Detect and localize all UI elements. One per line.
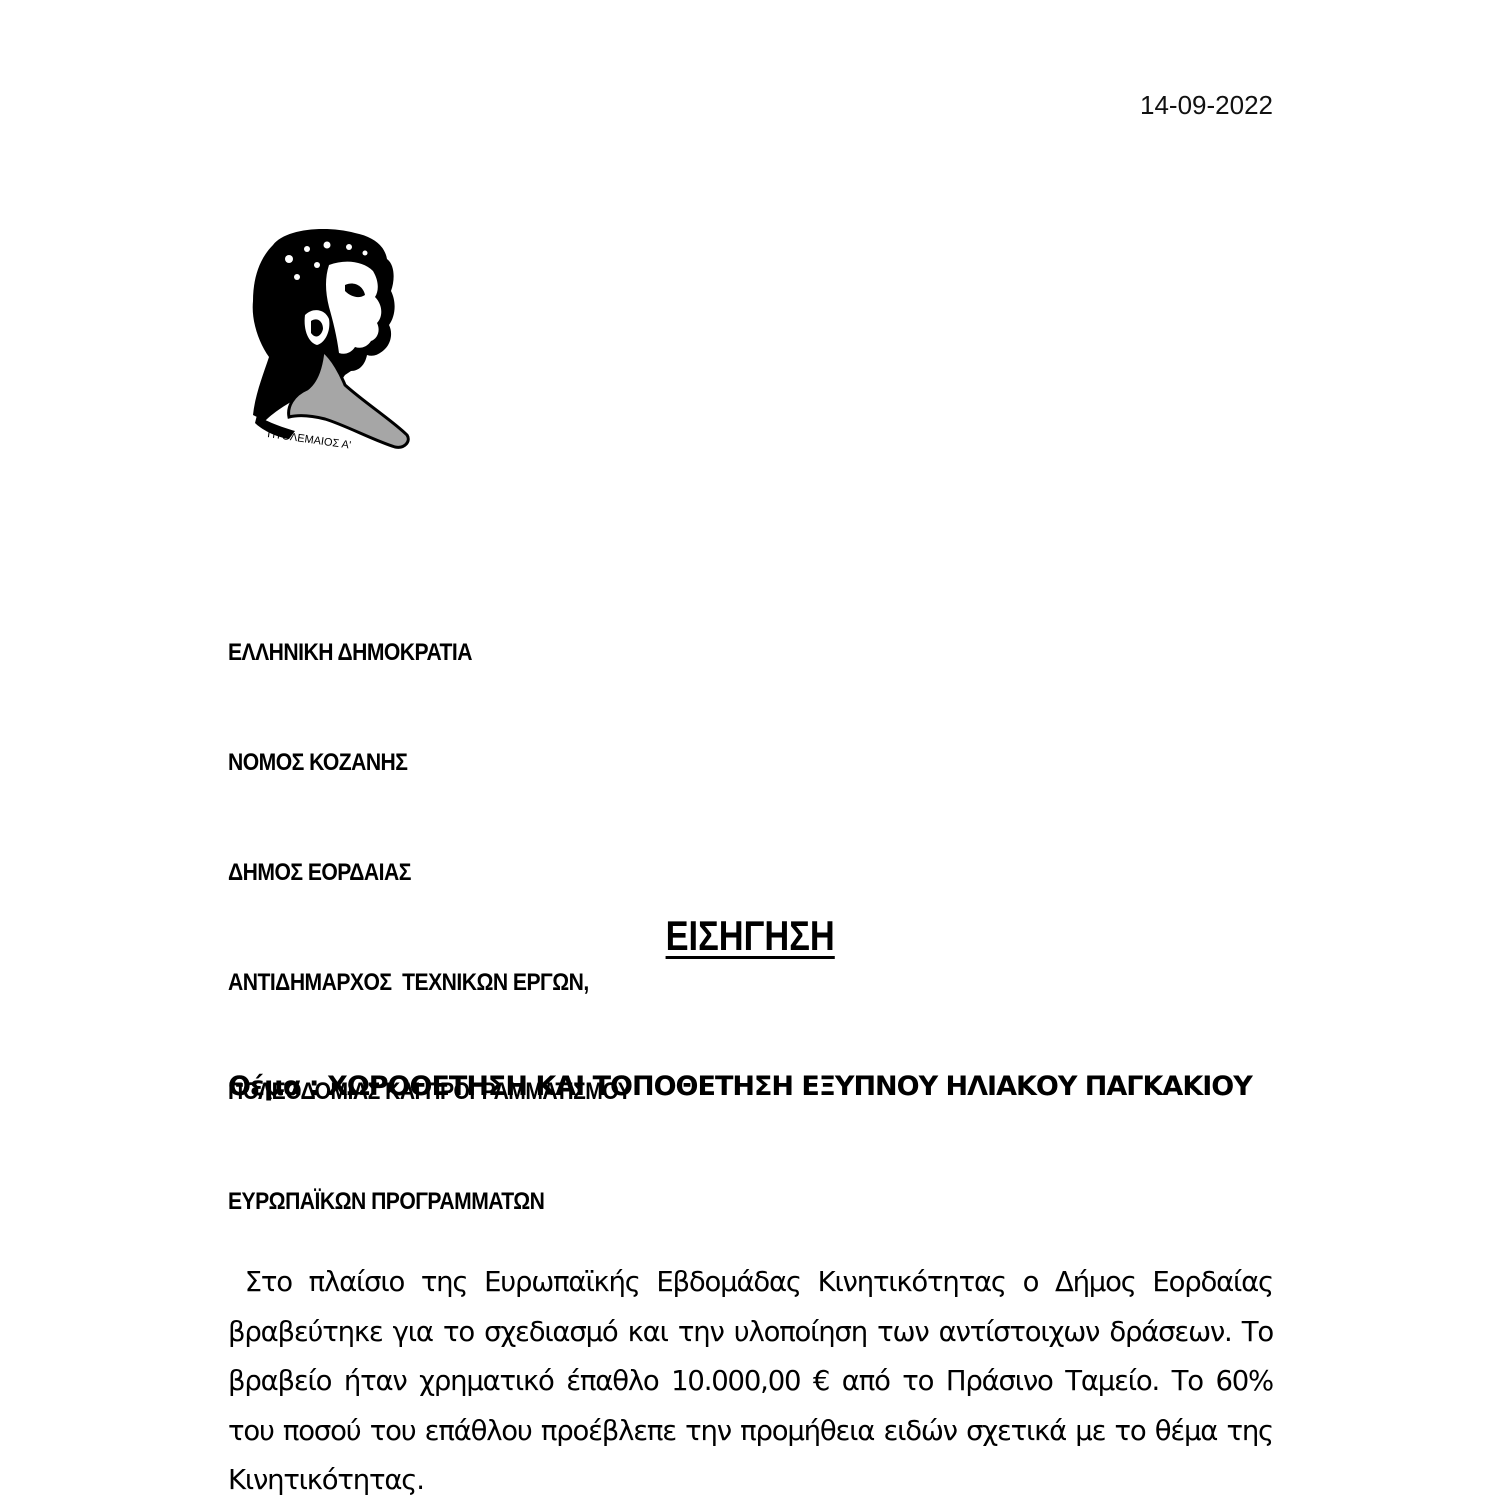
issuer-header: ΕΛΛΗΝΙΚΗ ΔΗΜΟΚΡΑΤΙΑ ΝΟΜΟΣ ΚΟΖΑΝΗΣ ΔΗΜΟΣ … [228, 562, 631, 1257]
header-line-programs: ΕΥΡΩΠΑΪΚΩΝ ΠΡΟΓΡΑΜΜΑΤΩΝ [228, 1184, 631, 1221]
header-line-country: ΕΛΛΗΝΙΚΗ ΔΗΜΟΚΡΑΤΙΑ [228, 635, 631, 672]
document-date: 14-09-2022 [1140, 90, 1273, 121]
header-line-municipality: ΔΗΜΟΣ ΕΟΡΔΑΙΑΣ [228, 855, 631, 892]
logo-caption: ΠΤΟΛΕΜΑΙΟΣ Α' [267, 428, 352, 452]
document-title: ΕΙΣΗΓΗΣΗ [0, 912, 1500, 960]
ptolemy-bust-emblem-icon: ΠΤΟΛΕΜΑΙΟΣ Α' [245, 225, 415, 470]
document-title-text: ΕΙΣΗΓΗΣΗ [665, 912, 834, 960]
body-paragraph: Στο πλαίσιο της Ευρωπαϊκής Εβδομάδας Κιν… [228, 1258, 1273, 1500]
document-subject: Θέμα : ΧΩΡΟΘΕΤΗΣΗ ΚΑΙ ΤΟΠΟΘΕΤΗΣΗ ΕΞΥΠΝΟΥ… [228, 1062, 1273, 1111]
header-line-prefecture: ΝΟΜΟΣ ΚΟΖΑΝΗΣ [228, 745, 631, 782]
header-line-deputy-mayor: ΑΝΤΙΔΗΜΑΡΧΟΣ ΤΕΧΝΙΚΩΝ ΕΡΓΩΝ, [228, 965, 631, 1002]
